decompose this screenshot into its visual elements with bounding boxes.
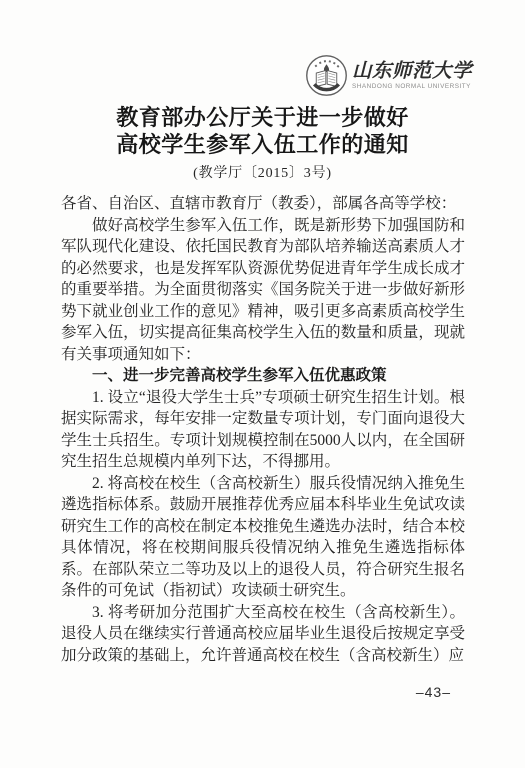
university-seal-icon bbox=[305, 54, 348, 97]
page-number: –43– bbox=[416, 684, 451, 700]
document-page: 山东师范大学 SHANDONG NORMAL UNIVERSITY 教育部办公厅… bbox=[0, 0, 525, 768]
university-name: 山东师范大学 bbox=[352, 61, 472, 82]
university-name-block: 山东师范大学 SHANDONG NORMAL UNIVERSITY bbox=[352, 61, 472, 90]
title-line-2: 高校学生参军入伍工作的通知 bbox=[0, 131, 525, 158]
paragraph-item-1: 1. 设立“退役大学生士兵”专项硕士研究生招生计划。根据实际需求，每年安排一定数… bbox=[61, 387, 465, 473]
paragraph-item-2: 2. 将高校在校生（含高校新生）服兵役情况纳入推免生遴选指标体系。鼓励开展推荐优… bbox=[61, 473, 465, 602]
document-number: (教学厅〔2015〕3号) bbox=[0, 162, 525, 182]
document-title: 教育部办公厅关于进一步做好 高校学生参军入伍工作的通知 bbox=[0, 104, 525, 158]
university-name-en: SHANDONG NORMAL UNIVERSITY bbox=[352, 83, 472, 90]
document-body: 各省、自治区、直辖市教育厅（教委），部属各高等学校： 做好高校学生参军入伍工作，… bbox=[61, 193, 465, 666]
paragraph-item-3: 3. 将考研加分范围扩大至高校在校生（含高校新生）。退役人员在继续实行普通高校应… bbox=[61, 602, 465, 667]
title-line-1: 教育部办公厅关于进一步做好 bbox=[0, 104, 525, 131]
salutation-line: 各省、自治区、直辖市教育厅（教委），部属各高等学校： bbox=[61, 193, 465, 215]
section-heading-1: 一、进一步完善高校学生参军入伍优惠政策 bbox=[61, 365, 465, 387]
paragraph-intro: 做好高校学生参军入伍工作，既是新形势下加强国防和军队现代化建设、依托国民教育为部… bbox=[61, 215, 465, 366]
university-logo: 山东师范大学 SHANDONG NORMAL UNIVERSITY bbox=[305, 54, 472, 97]
